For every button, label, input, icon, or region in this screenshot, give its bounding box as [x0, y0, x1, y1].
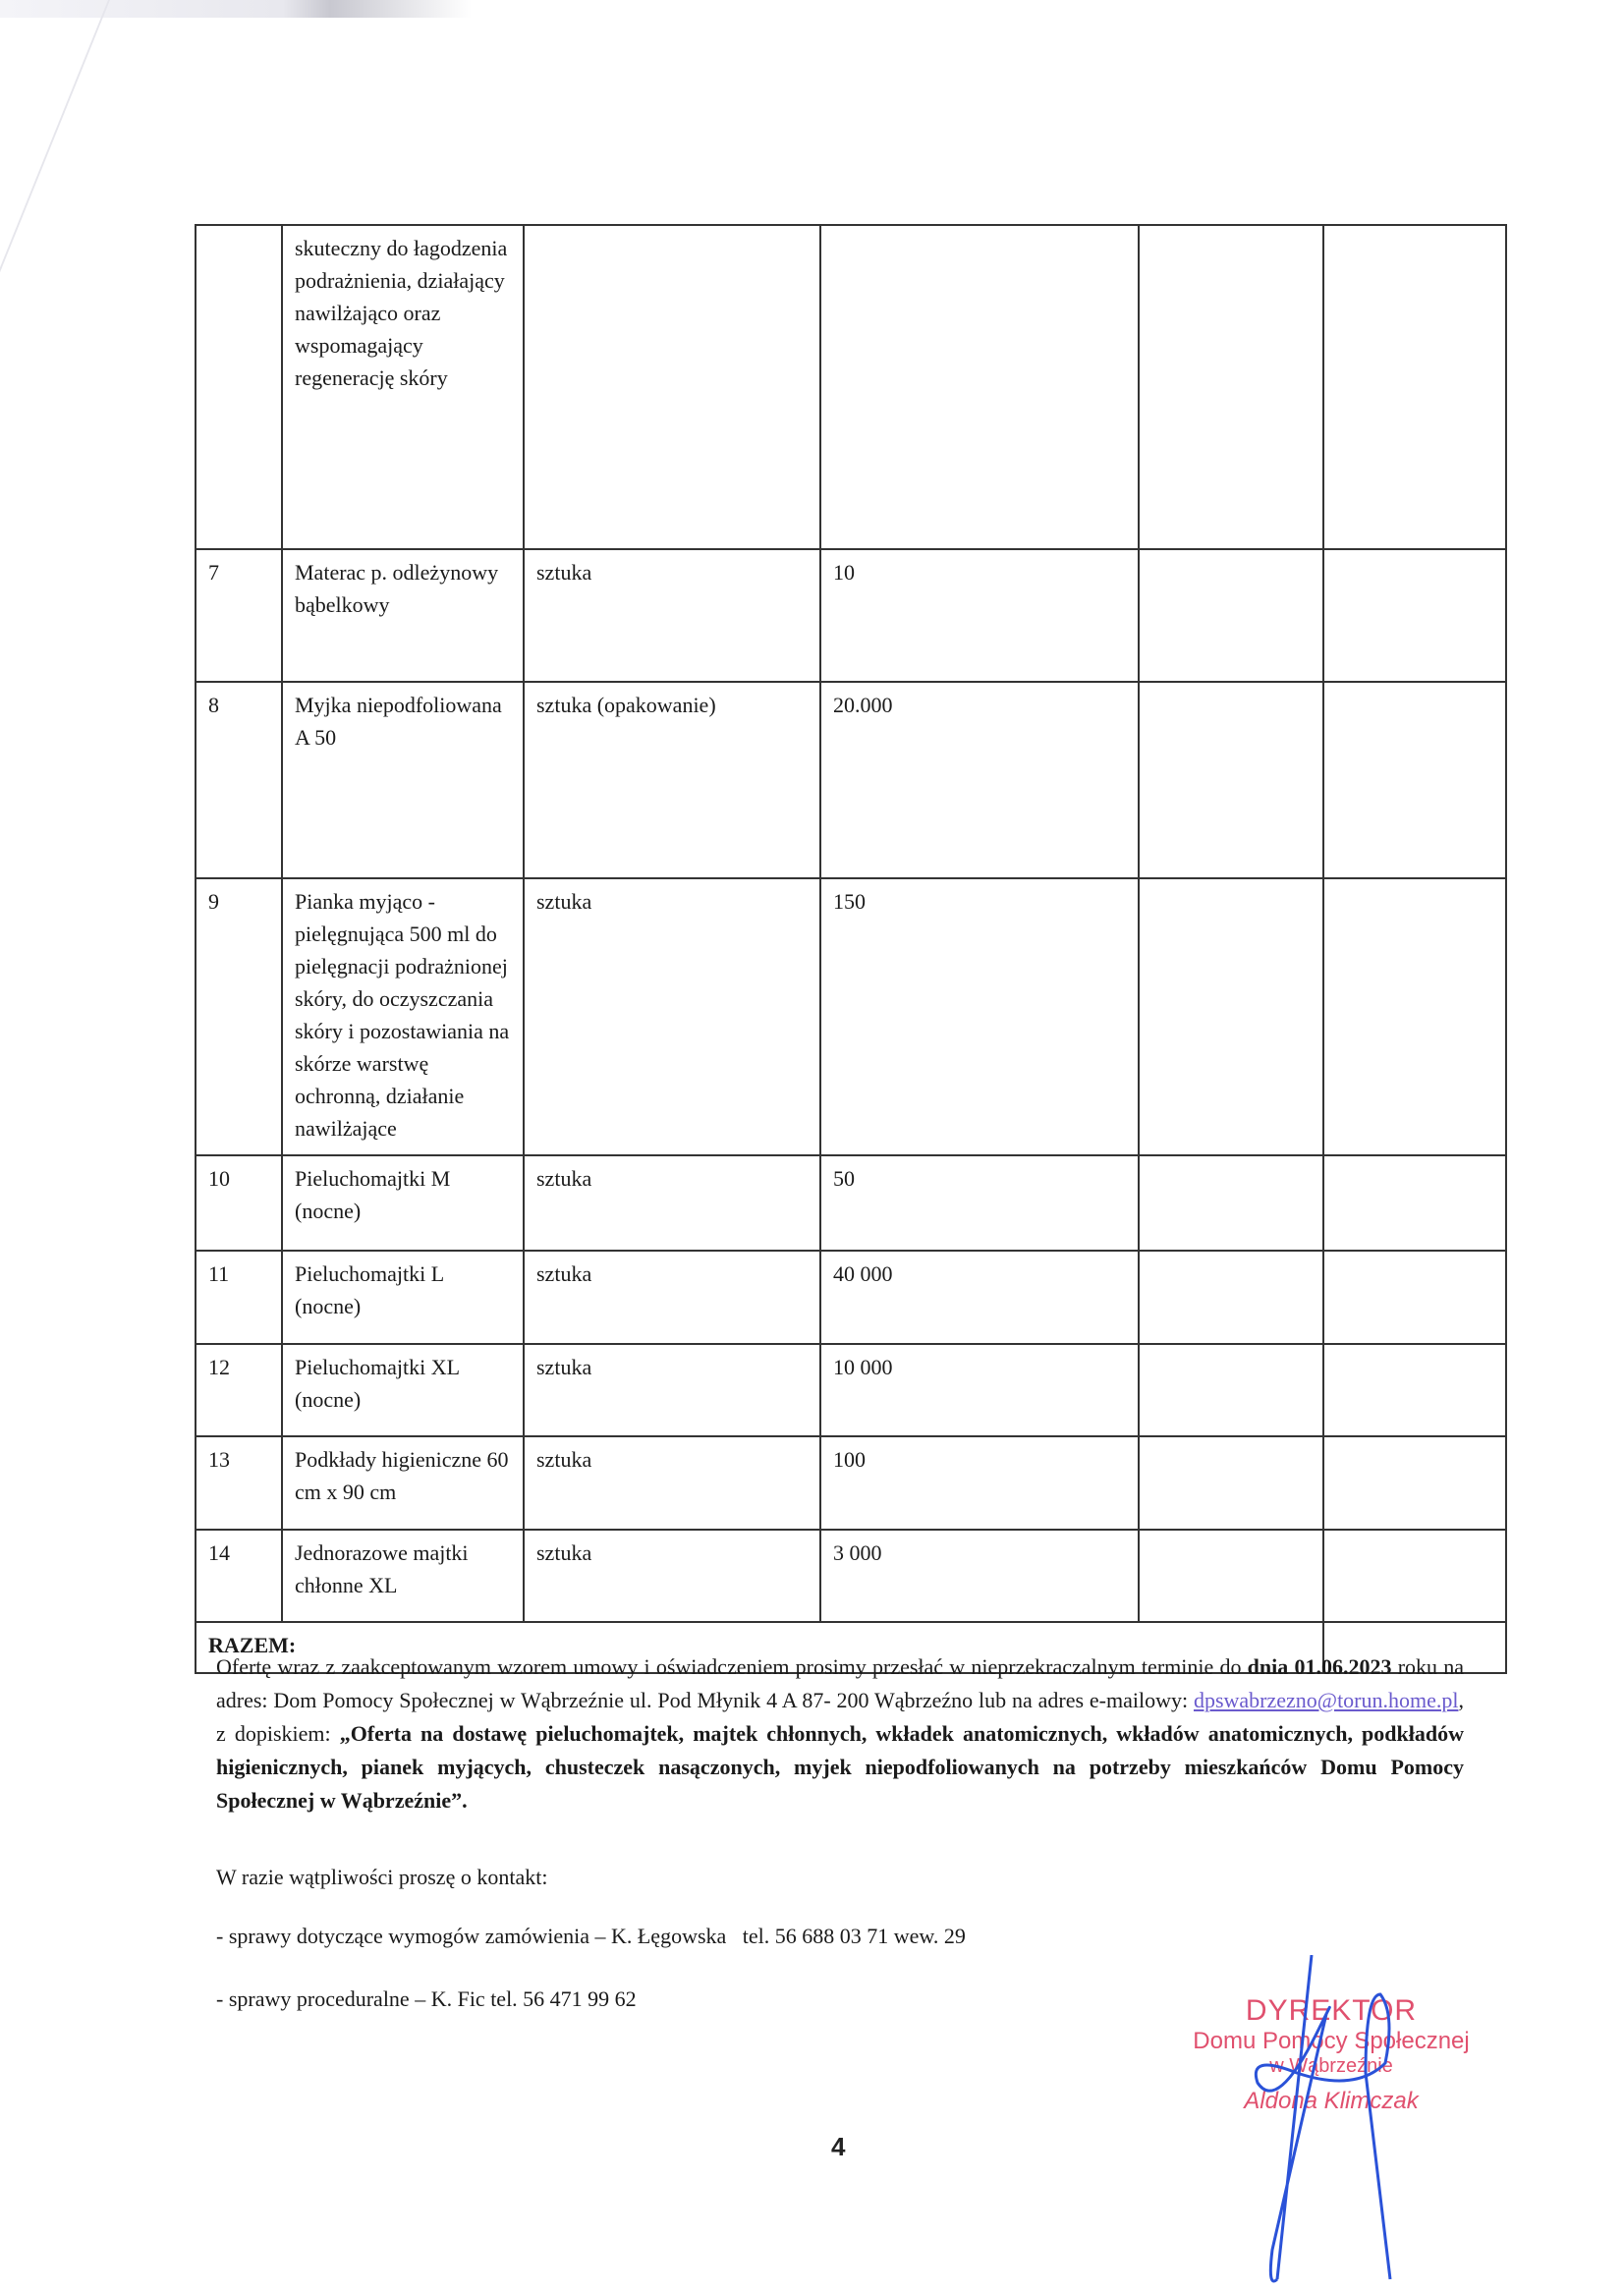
unit-price-cell	[1139, 1436, 1323, 1530]
item-quantity: 50	[820, 1155, 1139, 1251]
value-cell	[1323, 682, 1506, 878]
item-unit: sztuka	[524, 1155, 820, 1251]
item-name: Pieluchomajtki XL (nocne)	[282, 1344, 524, 1436]
item-unit: sztuka	[524, 1436, 820, 1530]
row-number: 10	[196, 1155, 282, 1251]
table-row: 9Pianka myjąco - pielęgnująca 500 ml do …	[196, 878, 1506, 1155]
scan-edge-artifact	[0, 0, 110, 295]
row-number: 13	[196, 1436, 282, 1530]
unit-price-cell	[1139, 549, 1323, 682]
unit-price-cell	[1139, 1155, 1323, 1251]
table-row: 10Pieluchomajtki M (nocne)sztuka50	[196, 1155, 1506, 1251]
item-quantity: 40 000	[820, 1251, 1139, 1344]
table-row: 8Myjka niepodfoliowana A 50sztuka (opako…	[196, 682, 1506, 878]
value-cell	[1323, 1530, 1506, 1622]
item-quantity: 10 000	[820, 1344, 1139, 1436]
item-name: Pieluchomajtki L (nocne)	[282, 1251, 524, 1344]
item-unit: sztuka	[524, 1530, 820, 1622]
table-row: 12Pieluchomajtki XL (nocne)sztuka10 000	[196, 1344, 1506, 1436]
item-name: Pieluchomajtki M (nocne)	[282, 1155, 524, 1251]
page-number: 4	[831, 2132, 845, 2162]
item-unit: sztuka	[524, 1344, 820, 1436]
row-number: 12	[196, 1344, 282, 1436]
row-number: 7	[196, 549, 282, 682]
item-unit: sztuka (opakowanie)	[524, 682, 820, 878]
unit-price-cell	[1139, 1530, 1323, 1622]
offer-title: „Oferta na dostawę pieluchomajtek, majte…	[216, 1721, 1464, 1813]
scan-artifact	[0, 0, 472, 18]
item-name: Jednorazowe majtki chłonne XL	[282, 1530, 524, 1622]
item-name: Myjka niepodfoliowana A 50	[282, 682, 524, 878]
contact-line-procedural: - sprawy proceduralne – K. Fic tel. 56 4…	[216, 1986, 637, 2012]
email-link[interactable]: dpswabrzezno@torun.home.pl	[1194, 1688, 1459, 1712]
table-row: 13Podkłady higieniczne 60 cm x 90 cmsztu…	[196, 1436, 1506, 1530]
item-unit: sztuka	[524, 1251, 820, 1344]
row-number	[196, 225, 282, 549]
row-number: 8	[196, 682, 282, 878]
instructions-text: Ofertę wraz z zaakceptowanym wzorem umow…	[216, 1654, 1248, 1679]
value-cell	[1323, 225, 1506, 549]
unit-price-cell	[1139, 225, 1323, 549]
row-number: 9	[196, 878, 282, 1155]
value-cell	[1323, 1436, 1506, 1530]
table-row: skuteczny do łagodzenia podrażnienia, dz…	[196, 225, 1506, 549]
table-row: 14Jednorazowe majtki chłonne XLsztuka3 0…	[196, 1530, 1506, 1622]
unit-price-cell	[1139, 1344, 1323, 1436]
value-cell	[1323, 878, 1506, 1155]
item-quantity: 20.000	[820, 682, 1139, 878]
item-quantity	[820, 225, 1139, 549]
item-unit	[524, 225, 820, 549]
unit-price-cell	[1139, 1251, 1323, 1344]
item-quantity: 3 000	[820, 1530, 1139, 1622]
item-unit: sztuka	[524, 878, 820, 1155]
item-quantity: 100	[820, 1436, 1139, 1530]
item-name: Podkłady higieniczne 60 cm x 90 cm	[282, 1436, 524, 1530]
item-name: skuteczny do łagodzenia podrażnienia, dz…	[282, 225, 524, 549]
item-unit: sztuka	[524, 549, 820, 682]
table-row: 7Materac p. odleżynowy bąbelkowysztuka10	[196, 549, 1506, 682]
table-row: 11Pieluchomajtki L (nocne)sztuka40 000	[196, 1251, 1506, 1344]
items-table: skuteczny do łagodzenia podrażnienia, dz…	[195, 224, 1507, 1674]
deadline-date: dnia 01.06.2023	[1248, 1654, 1392, 1679]
value-cell	[1323, 1344, 1506, 1436]
value-cell	[1323, 1251, 1506, 1344]
unit-price-cell	[1139, 682, 1323, 878]
value-cell	[1323, 549, 1506, 682]
contact-intro: W razie wątpliwości proszę o kontakt:	[216, 1865, 547, 1890]
value-cell	[1323, 1155, 1506, 1251]
signature-icon	[1218, 1955, 1454, 2289]
item-quantity: 150	[820, 878, 1139, 1155]
item-name: Materac p. odleżynowy bąbelkowy	[282, 549, 524, 682]
unit-price-cell	[1139, 878, 1323, 1155]
row-number: 14	[196, 1530, 282, 1622]
item-name: Pianka myjąco - pielęgnująca 500 ml do p…	[282, 878, 524, 1155]
contact-line-requirements: - sprawy dotyczące wymogów zamówienia – …	[216, 1924, 966, 1949]
offer-instructions: Ofertę wraz z zaakceptowanym wzorem umow…	[216, 1650, 1464, 1817]
item-quantity: 10	[820, 549, 1139, 682]
row-number: 11	[196, 1251, 282, 1344]
